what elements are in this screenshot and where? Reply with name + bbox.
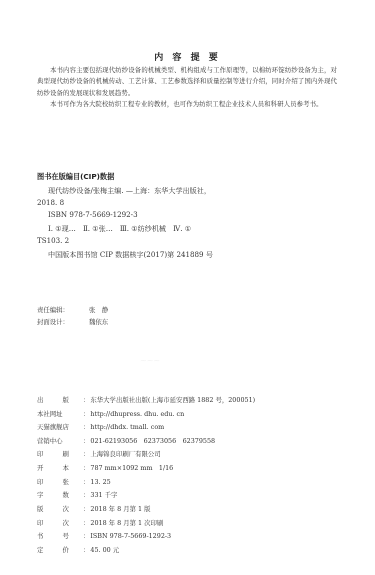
colophon-value: 2018 年 8 月第 1 次印刷	[90, 519, 163, 527]
colophon-value: http://dhupress. dhu. edu. cn	[90, 410, 184, 418]
credit-label: 责任编辑：	[37, 306, 69, 314]
colophon-label: 本社网址	[37, 409, 83, 418]
colophon-row-price: 定 价：45. 00 元	[37, 545, 119, 557]
colophon-row-printer: 印 刷：上海锦良印刷厂有限公司	[37, 449, 161, 461]
cip-class-code-line: TS103. 2	[37, 236, 69, 245]
bleed-through-artifact: ~~~	[140, 356, 160, 365]
colophon-value: ISBN 978-7-5669-1292-3	[90, 532, 171, 540]
summary-paragraph: 本书可作为各大院校纺织工程专业的教材，也可作为纺织工程企业技术人员和科研人员参考…	[37, 99, 337, 110]
cip-date-line: 2018. 8	[37, 198, 64, 207]
colophon-row-website: 本社网址：http://dhupress. dhu. edu. cn	[37, 409, 184, 421]
summary-title: 内 容 提 要	[0, 50, 375, 63]
colophon-value: 13. 25	[90, 478, 110, 486]
colophon-row-edition: 版 次：2018 年 8 月第 1 版	[37, 504, 151, 516]
colophon-row-word-count: 字 数：331 千字	[37, 490, 117, 502]
colophon-label: 书 号	[37, 531, 83, 540]
colophon-label: 开 本	[37, 463, 83, 472]
colophon-value: 45. 00 元	[90, 546, 119, 554]
colophon-label: 版 次	[37, 504, 83, 513]
credit-value: 张 静	[89, 305, 108, 314]
colophon-label: 出 版	[37, 395, 83, 404]
colophon-label: 天猫旗舰店	[37, 422, 83, 431]
colophon-label: 印 刷	[37, 449, 83, 458]
cip-title-line: 现代纺纱设备/张梅主编. —上海：东华大学出版社，	[48, 186, 211, 196]
cip-heading: 图书在版编目(CIP)数据	[37, 172, 114, 182]
colophon-row-tmall-store: 天猫旗舰店：http://dhdx. tmall. com	[37, 422, 164, 434]
colophon-value: 331 千字	[90, 491, 117, 499]
colophon-value: 东华大学出版社出版(上海市延安西路 1882 号，200051)	[90, 396, 255, 404]
colophon-row-format: 开 本：787 mm×1092 mm 1/16	[37, 463, 173, 475]
colophon-row-publisher: 出 版：东华大学出版社出版(上海市延安西路 1882 号，200051)	[37, 395, 255, 407]
credit-cover-design: 封面设计： 魏依东	[37, 317, 69, 326]
colophon-value: 021-62193056 62373056 62379558	[90, 437, 215, 445]
cip-isbn-line: ISBN 978-7-5669-1292-3	[48, 210, 138, 219]
credit-value: 魏依东	[89, 317, 108, 326]
colophon-value: http://dhdx. tmall. com	[90, 423, 164, 431]
credit-label: 封面设计：	[37, 318, 69, 326]
colophon-label: 定 价	[37, 545, 83, 554]
colophon-row-impression: 印 次：2018 年 8 月第 1 次印刷	[37, 518, 163, 530]
colophon-row-marketing: 营销中心：021-62193056 62373056 62379558	[37, 436, 215, 448]
credit-responsible-editor: 责任编辑： 张 静	[37, 305, 69, 314]
cip-record-number-line: 中国版本图书馆 CIP 数据核字(2017)第 241889 号	[48, 250, 213, 260]
colophon-row-sheets: 印 张：13. 25	[37, 477, 111, 489]
colophon-label: 印 次	[37, 518, 83, 527]
colophon-value: 2018 年 8 月第 1 版	[90, 505, 150, 513]
summary-paragraph: 本书内容主要包括现代纺纱设备的机械类型、机构组成与工作原理等，以棉纺环锭纺纱设备…	[37, 65, 337, 99]
colophon-value: 上海锦良印刷厂有限公司	[90, 450, 160, 458]
colophon-label: 营销中心	[37, 436, 83, 445]
colophon-label: 印 张	[37, 477, 83, 486]
colophon-value: 787 mm×1092 mm 1/16	[90, 464, 173, 472]
colophon-label: 字 数	[37, 490, 83, 499]
summary-body: 本书内容主要包括现代纺纱设备的机械类型、机构组成与工作原理等，以棉纺环锭纺纱设备…	[37, 65, 337, 110]
cip-classification-line: Ⅰ. ①现… Ⅱ. ①张… Ⅲ. ①纺纱机械 Ⅳ. ①	[48, 224, 191, 234]
colophon-row-isbn: 书 号：ISBN 978-7-5669-1292-3	[37, 531, 171, 543]
